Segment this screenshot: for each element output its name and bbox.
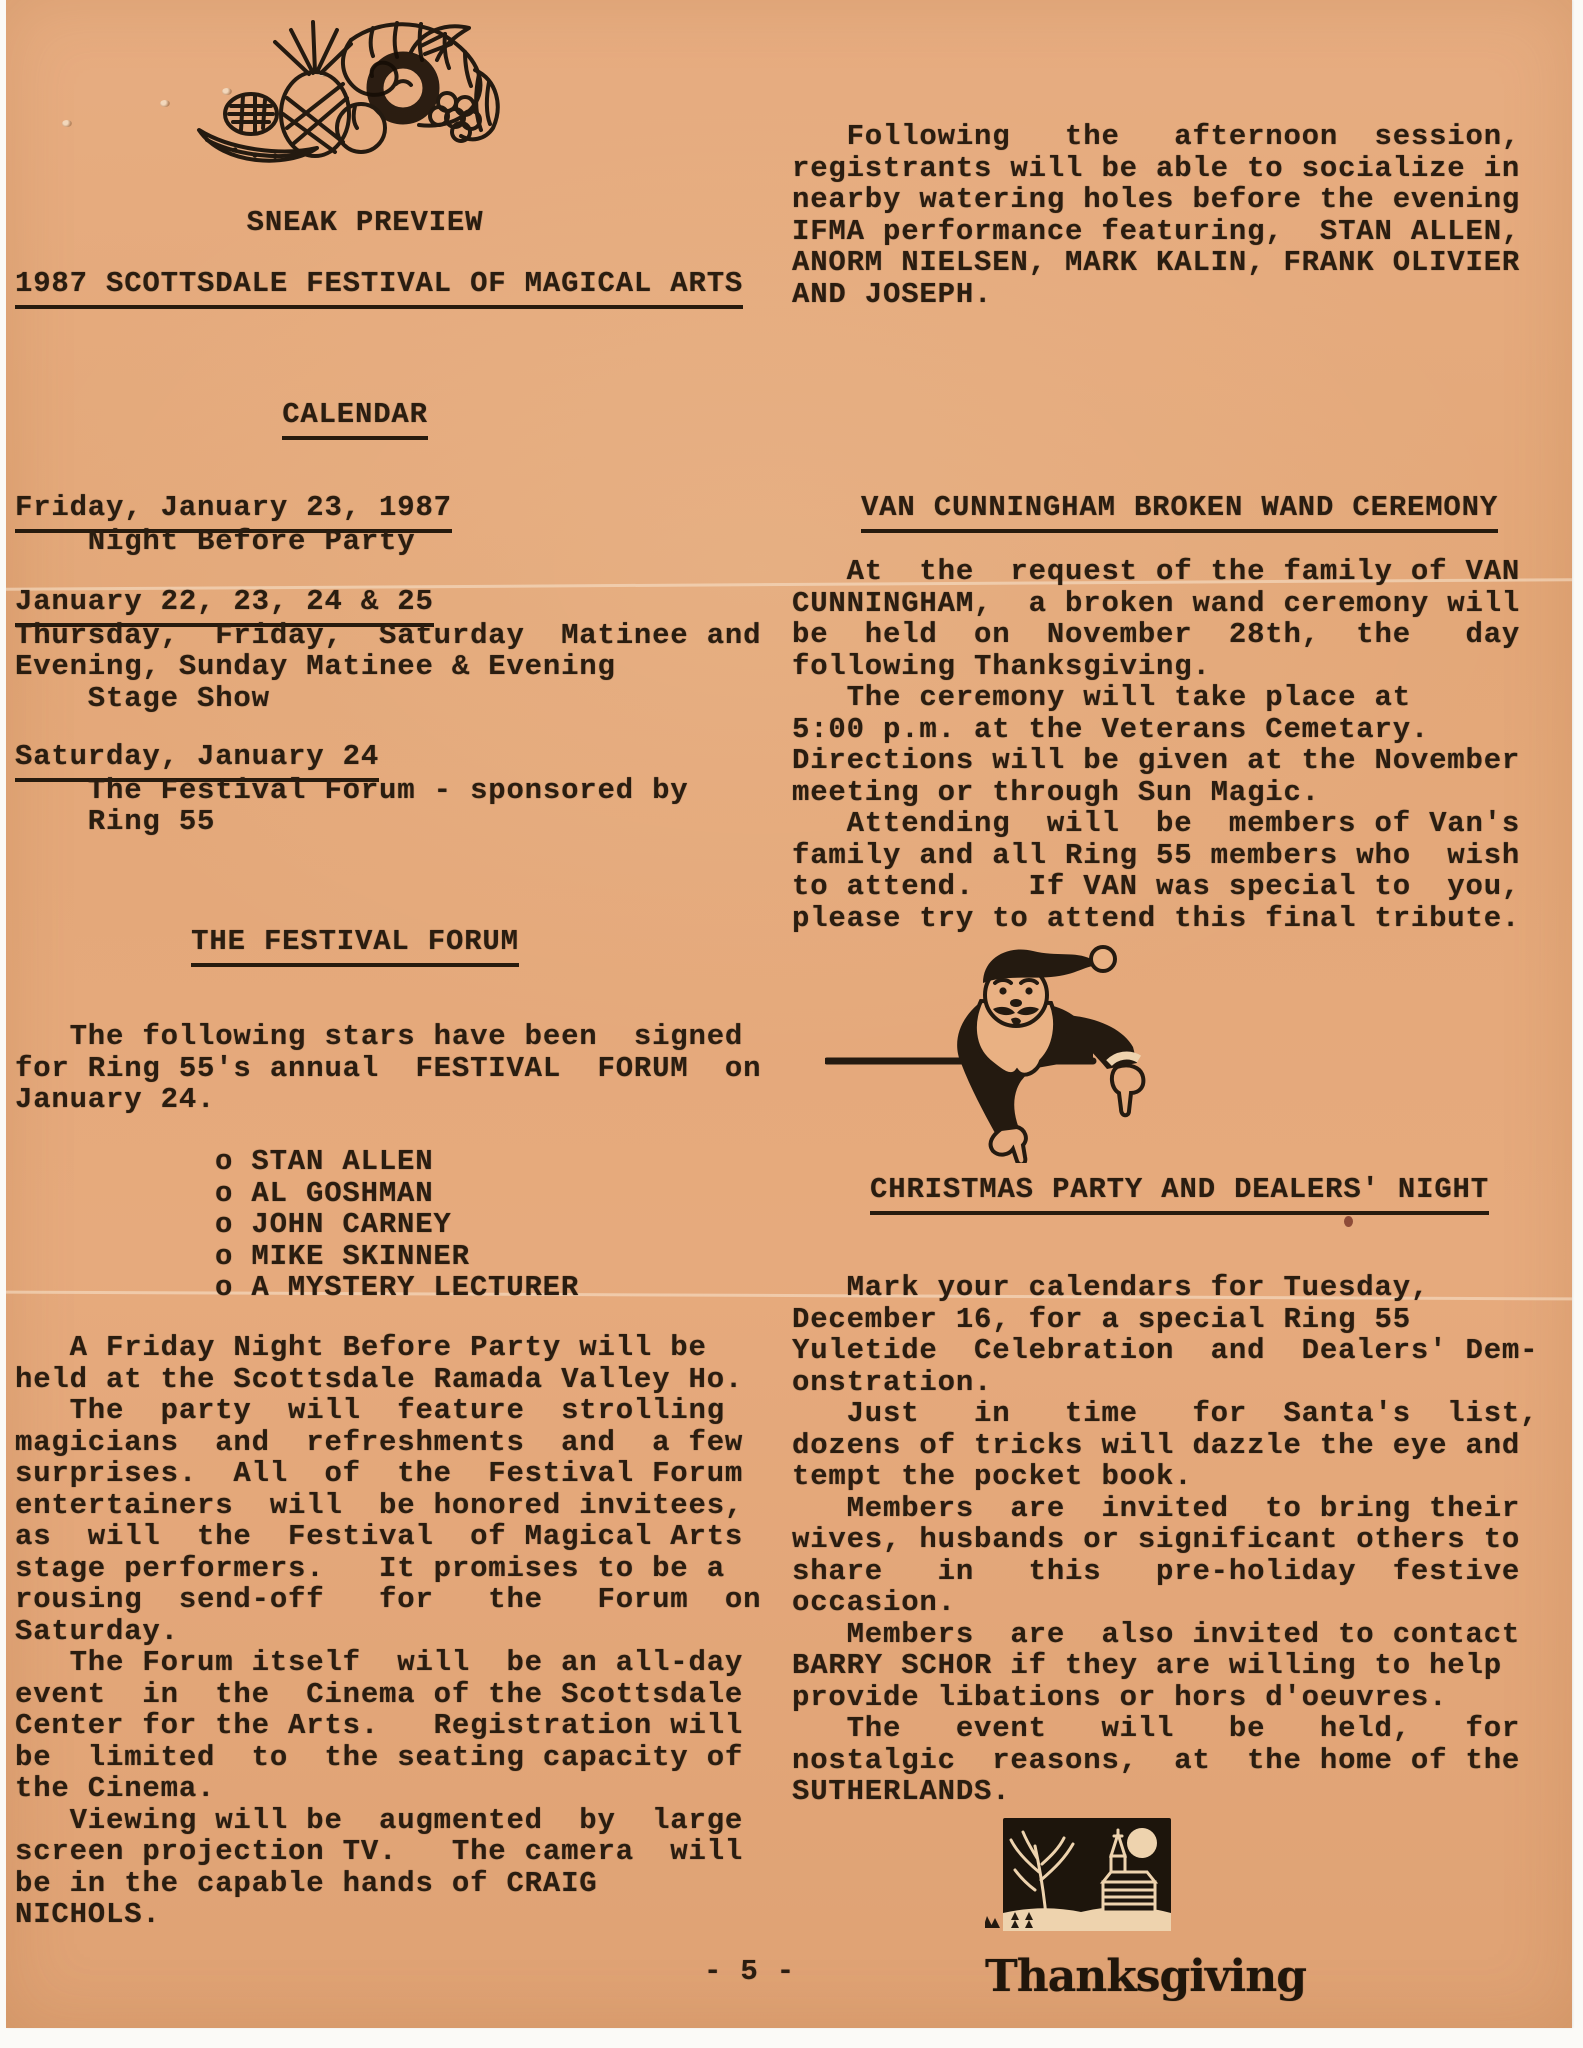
text-line: Members are also invited to contact <box>792 1619 1572 1651</box>
text-line: The Forum itself will be an all-day <box>15 1647 795 1679</box>
text-line: surprises. All of the Festival Forum <box>15 1458 795 1490</box>
text-line: family and all Ring 55 members who wish <box>792 840 1567 872</box>
scan-artifact <box>62 120 72 127</box>
text-line: magicians and refreshments and a few <box>15 1427 795 1459</box>
thanksgiving-illustration: Thanksgiving <box>985 1816 1175 1999</box>
text-line: held at the Scottsdale Ramada Valley Ho. <box>15 1364 795 1396</box>
text-line: be in the capable hands of CRAIG <box>15 1868 795 1900</box>
newsletter-page: SNEAK PREVIEW 1987 SCOTTSDALE FESTIVAL O… <box>0 0 1583 2048</box>
scan-artifact <box>1344 1216 1353 1227</box>
afternoon-session-paragraph: Following the afternoon session,registra… <box>792 121 1567 310</box>
text-line: SUTHERLANDS. <box>792 1776 1572 1808</box>
van-ceremony-heading: VAN CUNNINGHAM BROKEN WAND CEREMONY <box>792 492 1567 533</box>
text-line: Following the afternoon session, <box>792 121 1567 153</box>
text-line: onstration. <box>792 1367 1572 1399</box>
text-line: January 24. <box>15 1084 795 1116</box>
calendar-entry: January 22, 23, 24 & 25 Thursday, Friday… <box>15 586 761 714</box>
thanksgiving-caption: Thanksgiving <box>985 1955 1175 1999</box>
van-ceremony-heading-text: VAN CUNNINGHAM BROKEN WAND CEREMONY <box>861 492 1498 533</box>
text-line: The party will feature strolling <box>15 1395 795 1427</box>
kicker-heading: SNEAK PREVIEW <box>15 207 715 239</box>
text-line: Members are invited to bring their <box>792 1493 1572 1525</box>
text-line: provide libations or hors d'oeuvres. <box>792 1682 1572 1714</box>
text-line: o MIKE SKINNER <box>215 1241 579 1273</box>
text-line: Stage Show <box>15 683 761 715</box>
festival-forum-speaker-list: o STAN ALLENo AL GOSHMANo JOHN CARNEYo M… <box>215 1146 579 1304</box>
text-line: Viewing will be augmented by large <box>15 1805 795 1837</box>
text-line: meeting or through Sun Magic. <box>792 777 1567 809</box>
text-line: o JOHN CARNEY <box>215 1209 579 1241</box>
text-line: Yuletide Celebration and Dealers' Dem- <box>792 1335 1572 1367</box>
calendar-entry-lines: Thursday, Friday, Saturday Matinee andEv… <box>15 620 761 715</box>
text-line: be limited to the seating capacity of <box>15 1742 795 1774</box>
santa-illustration <box>825 943 1200 1163</box>
calendar-entry: Friday, January 23, 1987 Night Before Pa… <box>15 492 452 557</box>
christmas-heading-text: CHRISTMAS PARTY AND DEALERS' NIGHT <box>870 1174 1489 1215</box>
text-line: share in this pre-holiday festive <box>792 1556 1572 1588</box>
text-line: ANORM NIELSEN, MARK KALIN, FRANK OLIVIER <box>792 247 1567 279</box>
text-line: o STAN ALLEN <box>215 1146 579 1178</box>
cornucopia-illustration <box>103 10 505 168</box>
text-line: Center for the Arts. Registration will <box>15 1710 795 1742</box>
text-line: Saturday. <box>15 1616 795 1648</box>
text-line: event in the Cinema of the Scottsdale <box>15 1679 795 1711</box>
calendar-heading-text: CALENDAR <box>282 399 428 440</box>
festival-forum-heading-text: THE FESTIVAL FORUM <box>191 926 519 967</box>
text-line: tempt the pocket book. <box>792 1461 1572 1493</box>
text-line: CUNNINGHAM, a broken wand ceremony will <box>792 588 1567 620</box>
text-line: following Thanksgiving. <box>792 651 1567 683</box>
calendar-entry-lines: The Festival Forum - sponsored by Ring 5… <box>15 775 689 838</box>
festival-forum-paragraphs: A Friday Night Before Party will beheld … <box>15 1332 795 1931</box>
text-line: IFMA performance featuring, STAN ALLEN, <box>792 216 1567 248</box>
text-line: nostalgic reasons, at the home of the <box>792 1745 1572 1777</box>
christmas-paragraphs: Mark your calendars for Tuesday,December… <box>792 1272 1572 1808</box>
text-line: BARRY SCHOR if they are willing to help <box>792 1650 1572 1682</box>
text-line: o A MYSTERY LECTURER <box>215 1272 579 1304</box>
text-line: At the request of the family of VAN <box>792 556 1567 588</box>
text-line: o AL GOSHMAN <box>215 1178 579 1210</box>
text-line: Mark your calendars for Tuesday, <box>792 1272 1572 1304</box>
text-line: Ring 55 <box>15 806 689 838</box>
text-line: entertainers will be honored invitees, <box>15 1490 795 1522</box>
text-line: Just in time for Santa's list, <box>792 1398 1572 1430</box>
thanksgiving-woodcut-icon <box>985 1816 1175 1946</box>
text-line: 5:00 p.m. at the Veterans Cemetary. <box>792 714 1567 746</box>
text-line: Evening, Sunday Matinee & Evening <box>15 651 761 683</box>
text-line: the Cinema. <box>15 1773 795 1805</box>
text-line: screen projection TV. The camera will <box>15 1836 795 1868</box>
text-line: The event will be held, for <box>792 1713 1572 1745</box>
calendar-entry: Saturday, January 24 The Festival Forum … <box>15 741 689 838</box>
text-line: AND JOSEPH. <box>792 279 1567 311</box>
text-line: be held on November 28th, the day <box>792 619 1567 651</box>
calendar-heading: CALENDAR <box>15 399 695 440</box>
text-line: stage performers. It promises to be a <box>15 1553 795 1585</box>
festival-forum-intro: The following stars have been signedfor … <box>15 1021 795 1116</box>
christmas-heading: CHRISTMAS PARTY AND DEALERS' NIGHT <box>792 1174 1567 1215</box>
page-title-text: 1987 SCOTTSDALE FESTIVAL OF MAGICAL ARTS <box>15 268 743 309</box>
text-line: rousing send-off for the Forum on <box>15 1584 795 1616</box>
text-line: December 16, for a special Ring 55 <box>792 1304 1572 1336</box>
kicker-text: SNEAK PREVIEW <box>247 206 484 239</box>
text-line: wives, husbands or significant others to <box>792 1524 1572 1556</box>
text-line: please try to attend this final tribute. <box>792 903 1567 935</box>
text-line: for Ring 55's annual FESTIVAL FORUM on <box>15 1053 795 1085</box>
text-line: The Festival Forum - sponsored by <box>15 775 689 807</box>
text-line: The following stars have been signed <box>15 1021 795 1053</box>
text-line: registrants will be able to socialize in <box>792 153 1567 185</box>
text-line: Directions will be given at the November <box>792 745 1567 777</box>
page-number: - 5 - <box>704 1956 795 1988</box>
text-line: nearby watering holes before the evening <box>792 184 1567 216</box>
text-line: Thursday, Friday, Saturday Matinee and <box>15 620 761 652</box>
calendar-entry-lines: Night Before Party <box>15 526 452 558</box>
text-line: Night Before Party <box>15 526 452 558</box>
text-line: The ceremony will take place at <box>792 682 1567 714</box>
text-line: to attend. If VAN was special to you, <box>792 871 1567 903</box>
page-title: 1987 SCOTTSDALE FESTIVAL OF MAGICAL ARTS <box>15 268 743 309</box>
text-line: NICHOLS. <box>15 1899 795 1931</box>
text-line: occasion. <box>792 1587 1572 1619</box>
text-line: dozens of tricks will dazzle the eye and <box>792 1430 1572 1462</box>
text-line: Attending will be members of Van's <box>792 808 1567 840</box>
text-line: as will the Festival of Magical Arts <box>15 1521 795 1553</box>
text-line: A Friday Night Before Party will be <box>15 1332 795 1364</box>
festival-forum-heading: THE FESTIVAL FORUM <box>15 926 695 967</box>
van-ceremony-paragraphs: At the request of the family of VANCUNNI… <box>792 556 1567 934</box>
